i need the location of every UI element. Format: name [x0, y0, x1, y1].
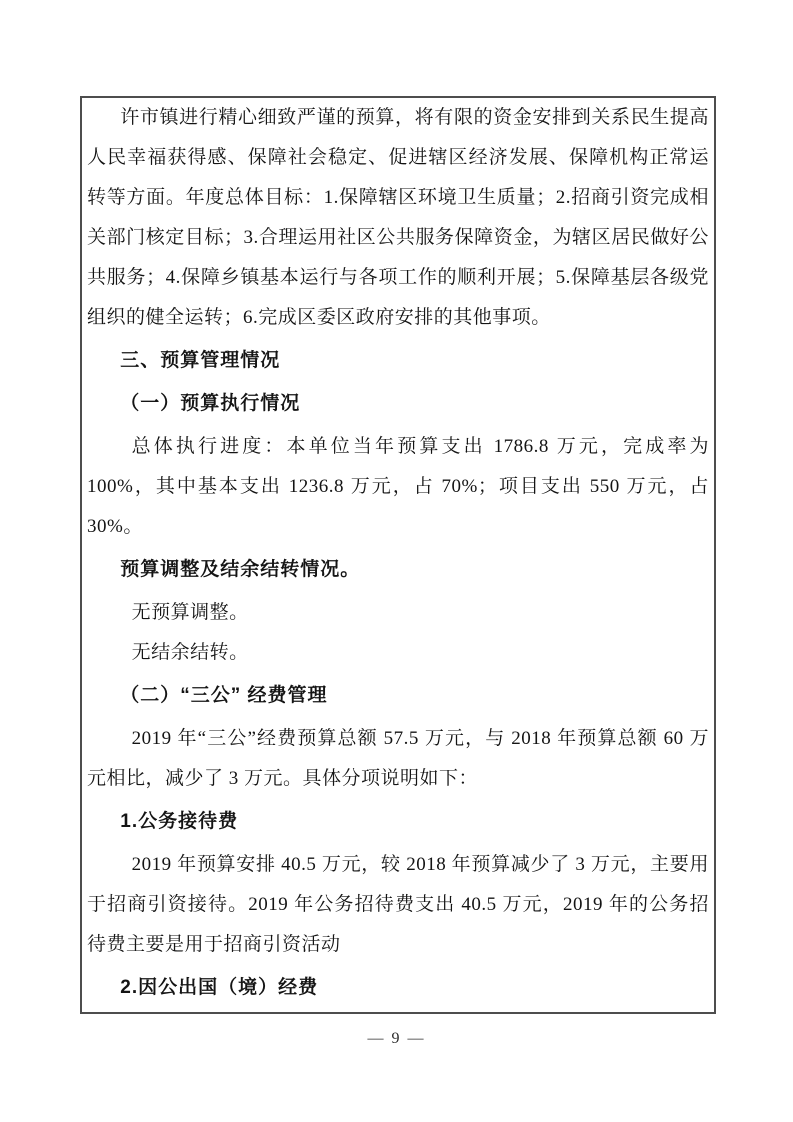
paragraph-budget-overview: 许市镇进行精心细致严谨的预算，将有限的资金安排到关系民生提高人民幸福获得感、保障… — [87, 98, 709, 338]
paragraph-no-carryover: 无结余结转。 — [87, 633, 709, 673]
heading-overseas-trips: 2.因公出国（境）经费 — [87, 968, 709, 1008]
heading-adjustment-carryover: 预算调整及结余结转情况。 — [87, 550, 709, 590]
heading-budget-execution: （一）预算执行情况 — [87, 384, 709, 424]
paragraph-execution-progress: 总体执行进度：本单位当年预算支出 1786.8 万元，完成率为 100%，其中基… — [87, 427, 709, 547]
paragraph-reception-detail: 2019 年预算安排 40.5 万元，较 2018 年预算减少了 3 万元，主要… — [87, 845, 709, 965]
heading-three-public-funds: （二）“三公” 经费管理 — [87, 676, 709, 716]
document-frame: 许市镇进行精心细致严谨的预算，将有限的资金安排到关系民生提高人民幸福获得感、保障… — [80, 96, 716, 1014]
page-number: — 9 — — [0, 1030, 793, 1048]
heading-official-reception: 1.公务接待费 — [87, 802, 709, 842]
paragraph-overseas-trips-detail: 2019 年预算安排 0 万元，与 2018 年预算持平。 — [87, 1011, 709, 1014]
heading-budget-management: 三、预算管理情况 — [87, 341, 709, 381]
paragraph-no-adjustment: 无预算调整。 — [87, 593, 709, 633]
paragraph-three-public-summary: 2019 年“三公”经费预算总额 57.5 万元，与 2018 年预算总额 60… — [87, 719, 709, 799]
document-page: { "frame": { "blocks": [ { "type": "para… — [0, 0, 793, 1122]
